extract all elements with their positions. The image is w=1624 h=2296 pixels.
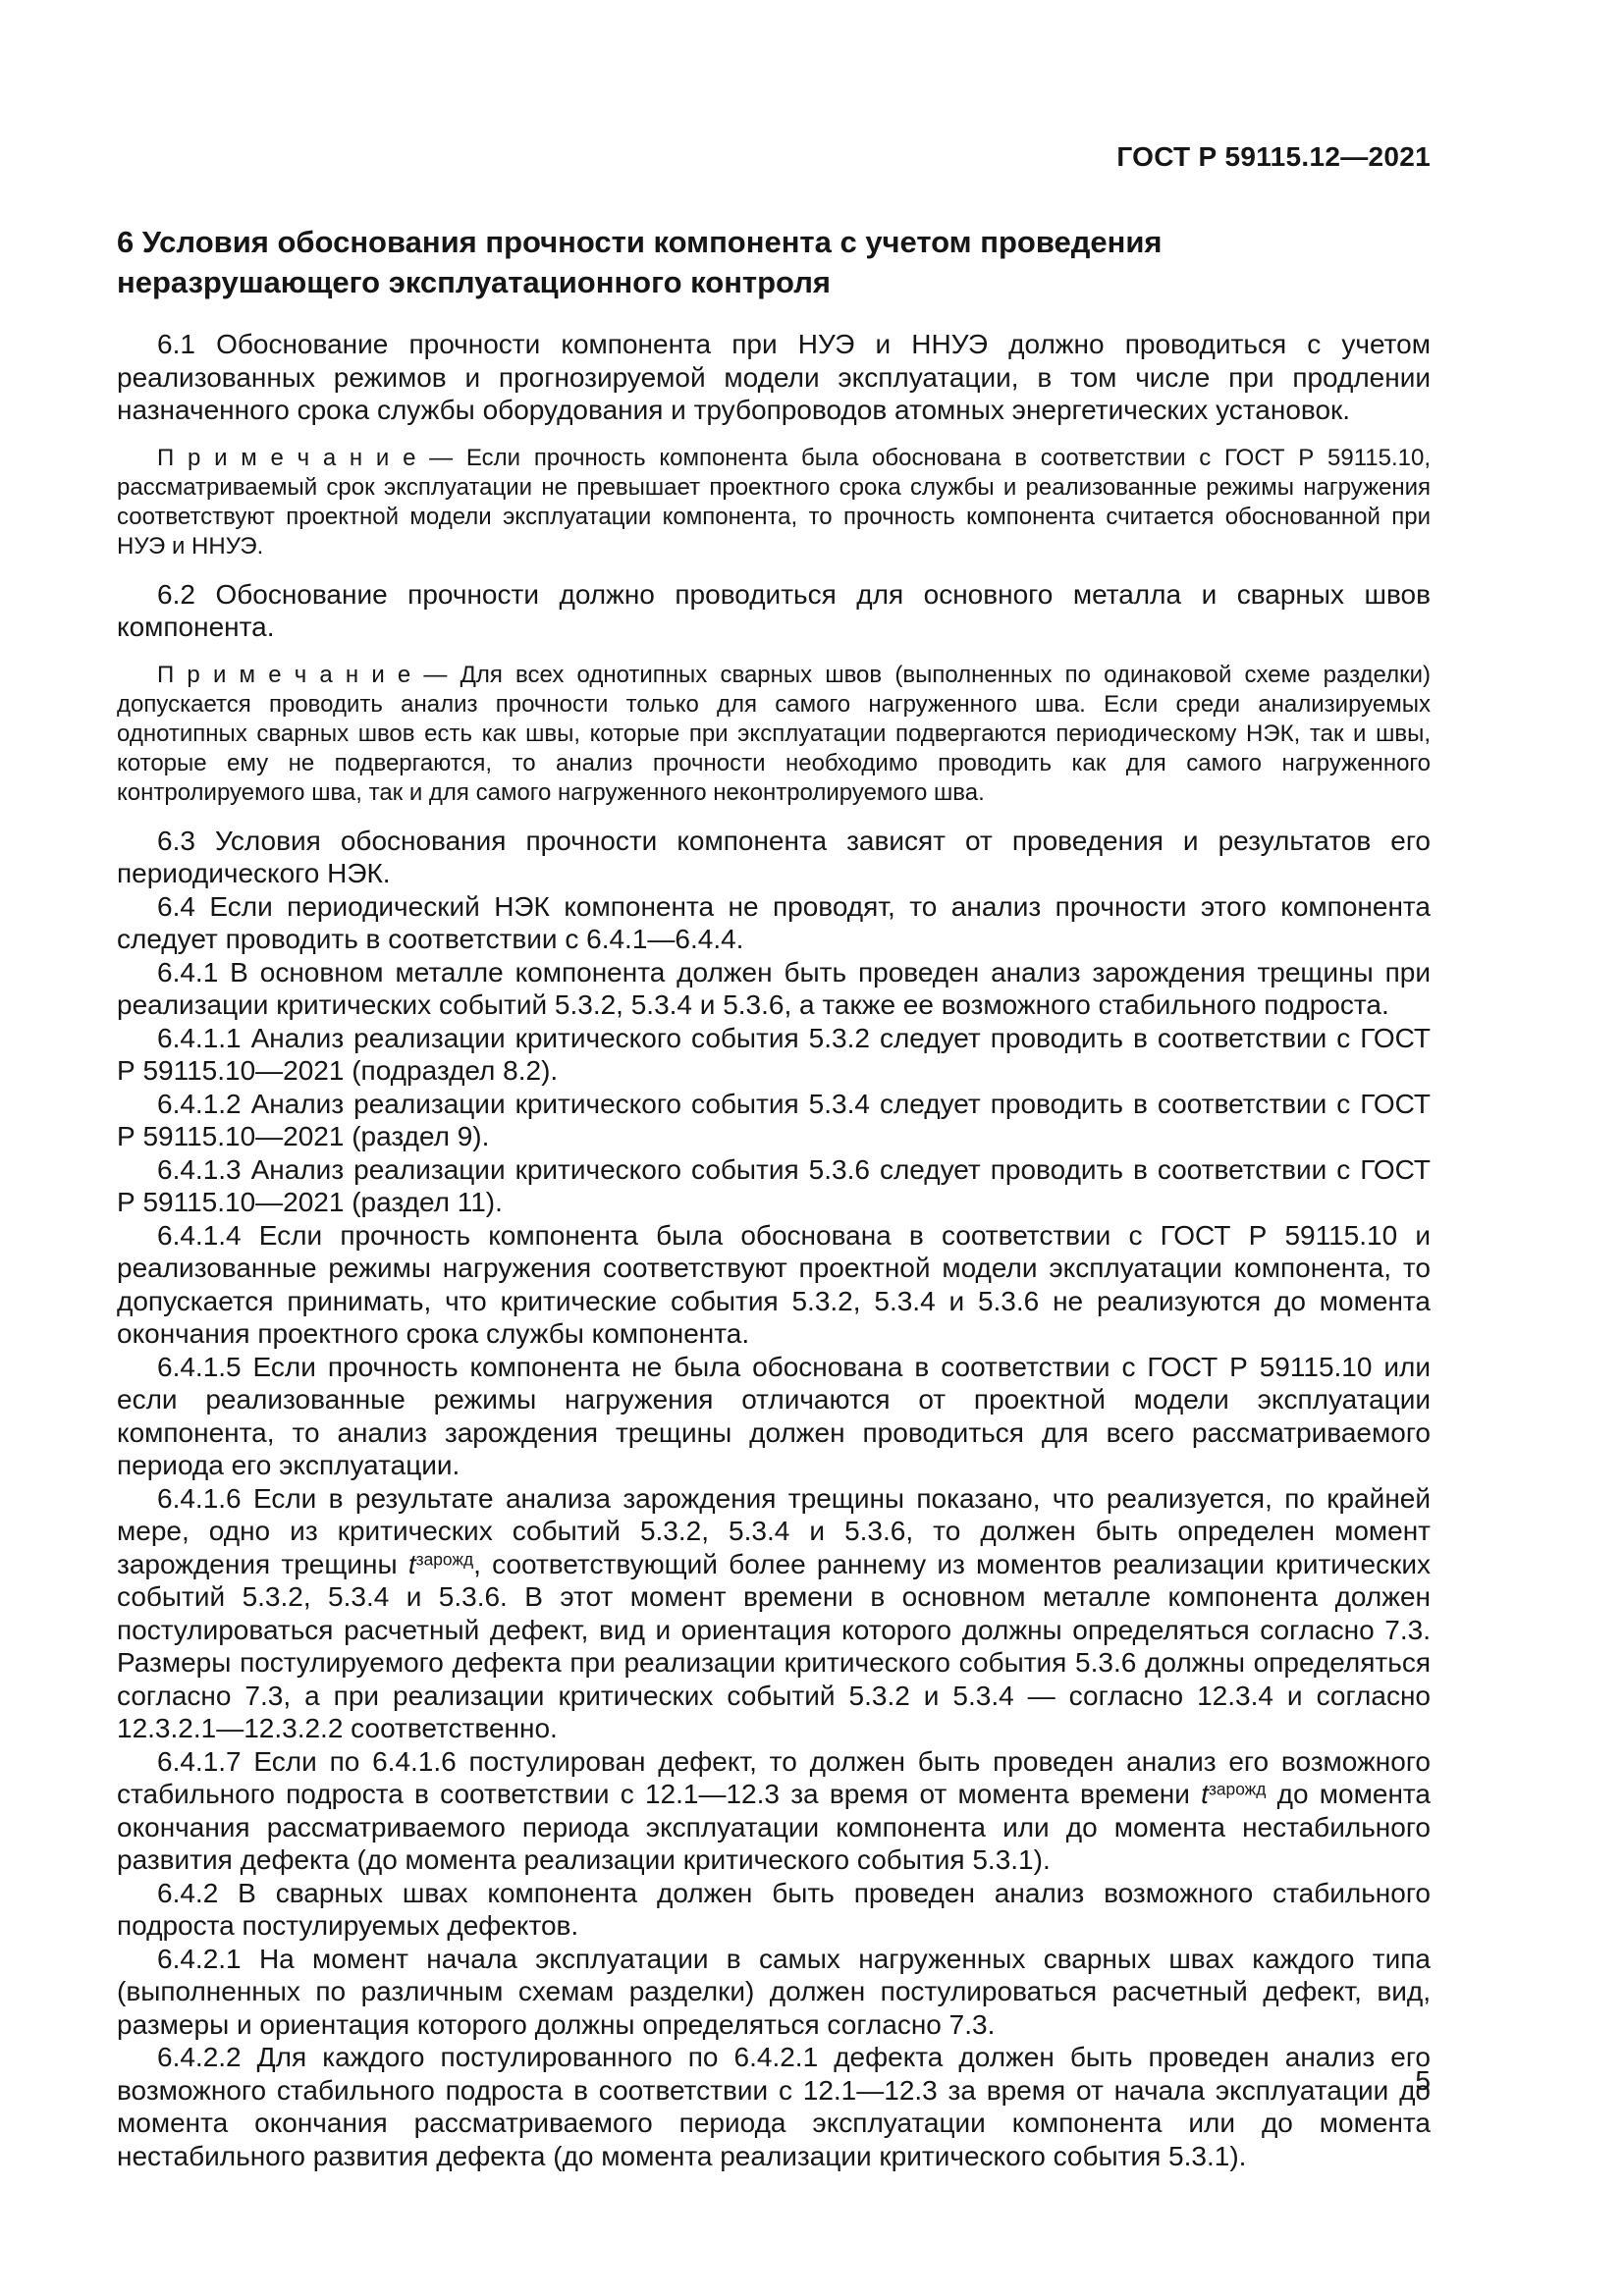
text-run: 6.4.1.4 Если прочность компонента была о… <box>117 1220 1431 1350</box>
body-paragraph: 6.4.1.6 Если в результате анализа зарожд… <box>117 1482 1431 1745</box>
text-run: t <box>408 1549 416 1579</box>
body-paragraph: 6.4.2.2 Для каждого постулированного по … <box>117 2041 1431 2172</box>
body-paragraph: 6.4.2 В сварных швах компонента должен б… <box>117 1877 1431 1943</box>
section-title-line-1: 6 Условия обоснования прочности компонен… <box>117 222 1163 262</box>
body-paragraph: 6.4.1.3 Анализ реализации критического с… <box>117 1153 1431 1219</box>
body-paragraph: 6.4 Если периодический НЭК компонента не… <box>117 890 1431 956</box>
text-run: 6.4.1.7 Если по 6.4.1.6 постулирован деф… <box>117 1746 1431 1810</box>
section-title: 6 Условия обоснования прочности компонен… <box>117 222 1163 302</box>
body-paragraph: 6.4.2.1 На момент начала эксплуатации в … <box>117 1943 1431 2042</box>
document-body: 6.1 Обоснование прочности компонента при… <box>117 328 1431 2172</box>
text-run: 6.4.1.2 Анализ реализации критического с… <box>117 1089 1431 1152</box>
text-run: 6.3 Условия обоснования прочности компон… <box>117 826 1431 889</box>
document-page: ГОСТ Р 59115.12—2021 6 Условия обоснован… <box>0 0 1624 2296</box>
text-run: t <box>1201 1779 1209 1809</box>
body-paragraph: 6.2 Обоснование прочности должно проводи… <box>117 578 1431 644</box>
body-paragraph: 6.1 Обоснование прочности компонента при… <box>117 328 1431 427</box>
body-paragraph: 6.4.1.4 Если прочность компонента была о… <box>117 1219 1431 1351</box>
text-run: 6.4.1.5 Если прочность компонента не был… <box>117 1352 1431 1481</box>
body-paragraph: 6.4.1.2 Анализ реализации критического с… <box>117 1088 1431 1153</box>
text-run: 6.2 Обоснование прочности должно проводи… <box>117 579 1431 643</box>
text-run: зарожд <box>1209 1779 1266 1798</box>
text-run: 6.4.2.2 Для каждого постулированного по … <box>117 2042 1431 2171</box>
body-paragraph: 6.4.1.1 Анализ реализации критического с… <box>117 1022 1431 1088</box>
section-title-line-2: неразрушающего эксплуатационного контрол… <box>117 262 1163 302</box>
running-header-standard-code: ГОСТ Р 59115.12—2021 <box>117 141 1431 173</box>
text-run: 6.4.1.1 Анализ реализации критического с… <box>117 1023 1431 1087</box>
note-paragraph: П р и м е ч а н и е — Для всех однотипны… <box>117 661 1431 808</box>
body-paragraph: 6.3 Условия обоснования прочности компон… <box>117 825 1431 890</box>
text-run: зарожд <box>416 1549 473 1569</box>
text-run: 6.4 Если периодический НЭК компонента не… <box>117 891 1431 955</box>
body-paragraph: 6.4.1 В основном металле компонента долж… <box>117 956 1431 1022</box>
text-run: П р и м е ч а н и е — Если прочность ком… <box>117 445 1431 560</box>
text-run: 6.4.1.3 Анализ реализации критического с… <box>117 1154 1431 1218</box>
text-run: П р и м е ч а н и е — Для всех однотипны… <box>117 662 1431 806</box>
text-run: 6.4.2.1 На момент начала эксплуатации в … <box>117 1944 1431 2040</box>
text-run: 6.4.2 В сварных швах компонента должен б… <box>117 1878 1431 1942</box>
note-paragraph: П р и м е ч а н и е — Если прочность ком… <box>117 444 1431 561</box>
body-paragraph: 6.4.1.7 Если по 6.4.1.6 постулирован деф… <box>117 1745 1431 1877</box>
body-paragraph: 6.4.1.5 Если прочность компонента не был… <box>117 1351 1431 1482</box>
text-run: 6.4.1 В основном металле компонента долж… <box>117 957 1431 1021</box>
text-run: 6.1 Обоснование прочности компонента при… <box>117 329 1431 425</box>
page-number: 5 <box>1415 2065 1431 2097</box>
